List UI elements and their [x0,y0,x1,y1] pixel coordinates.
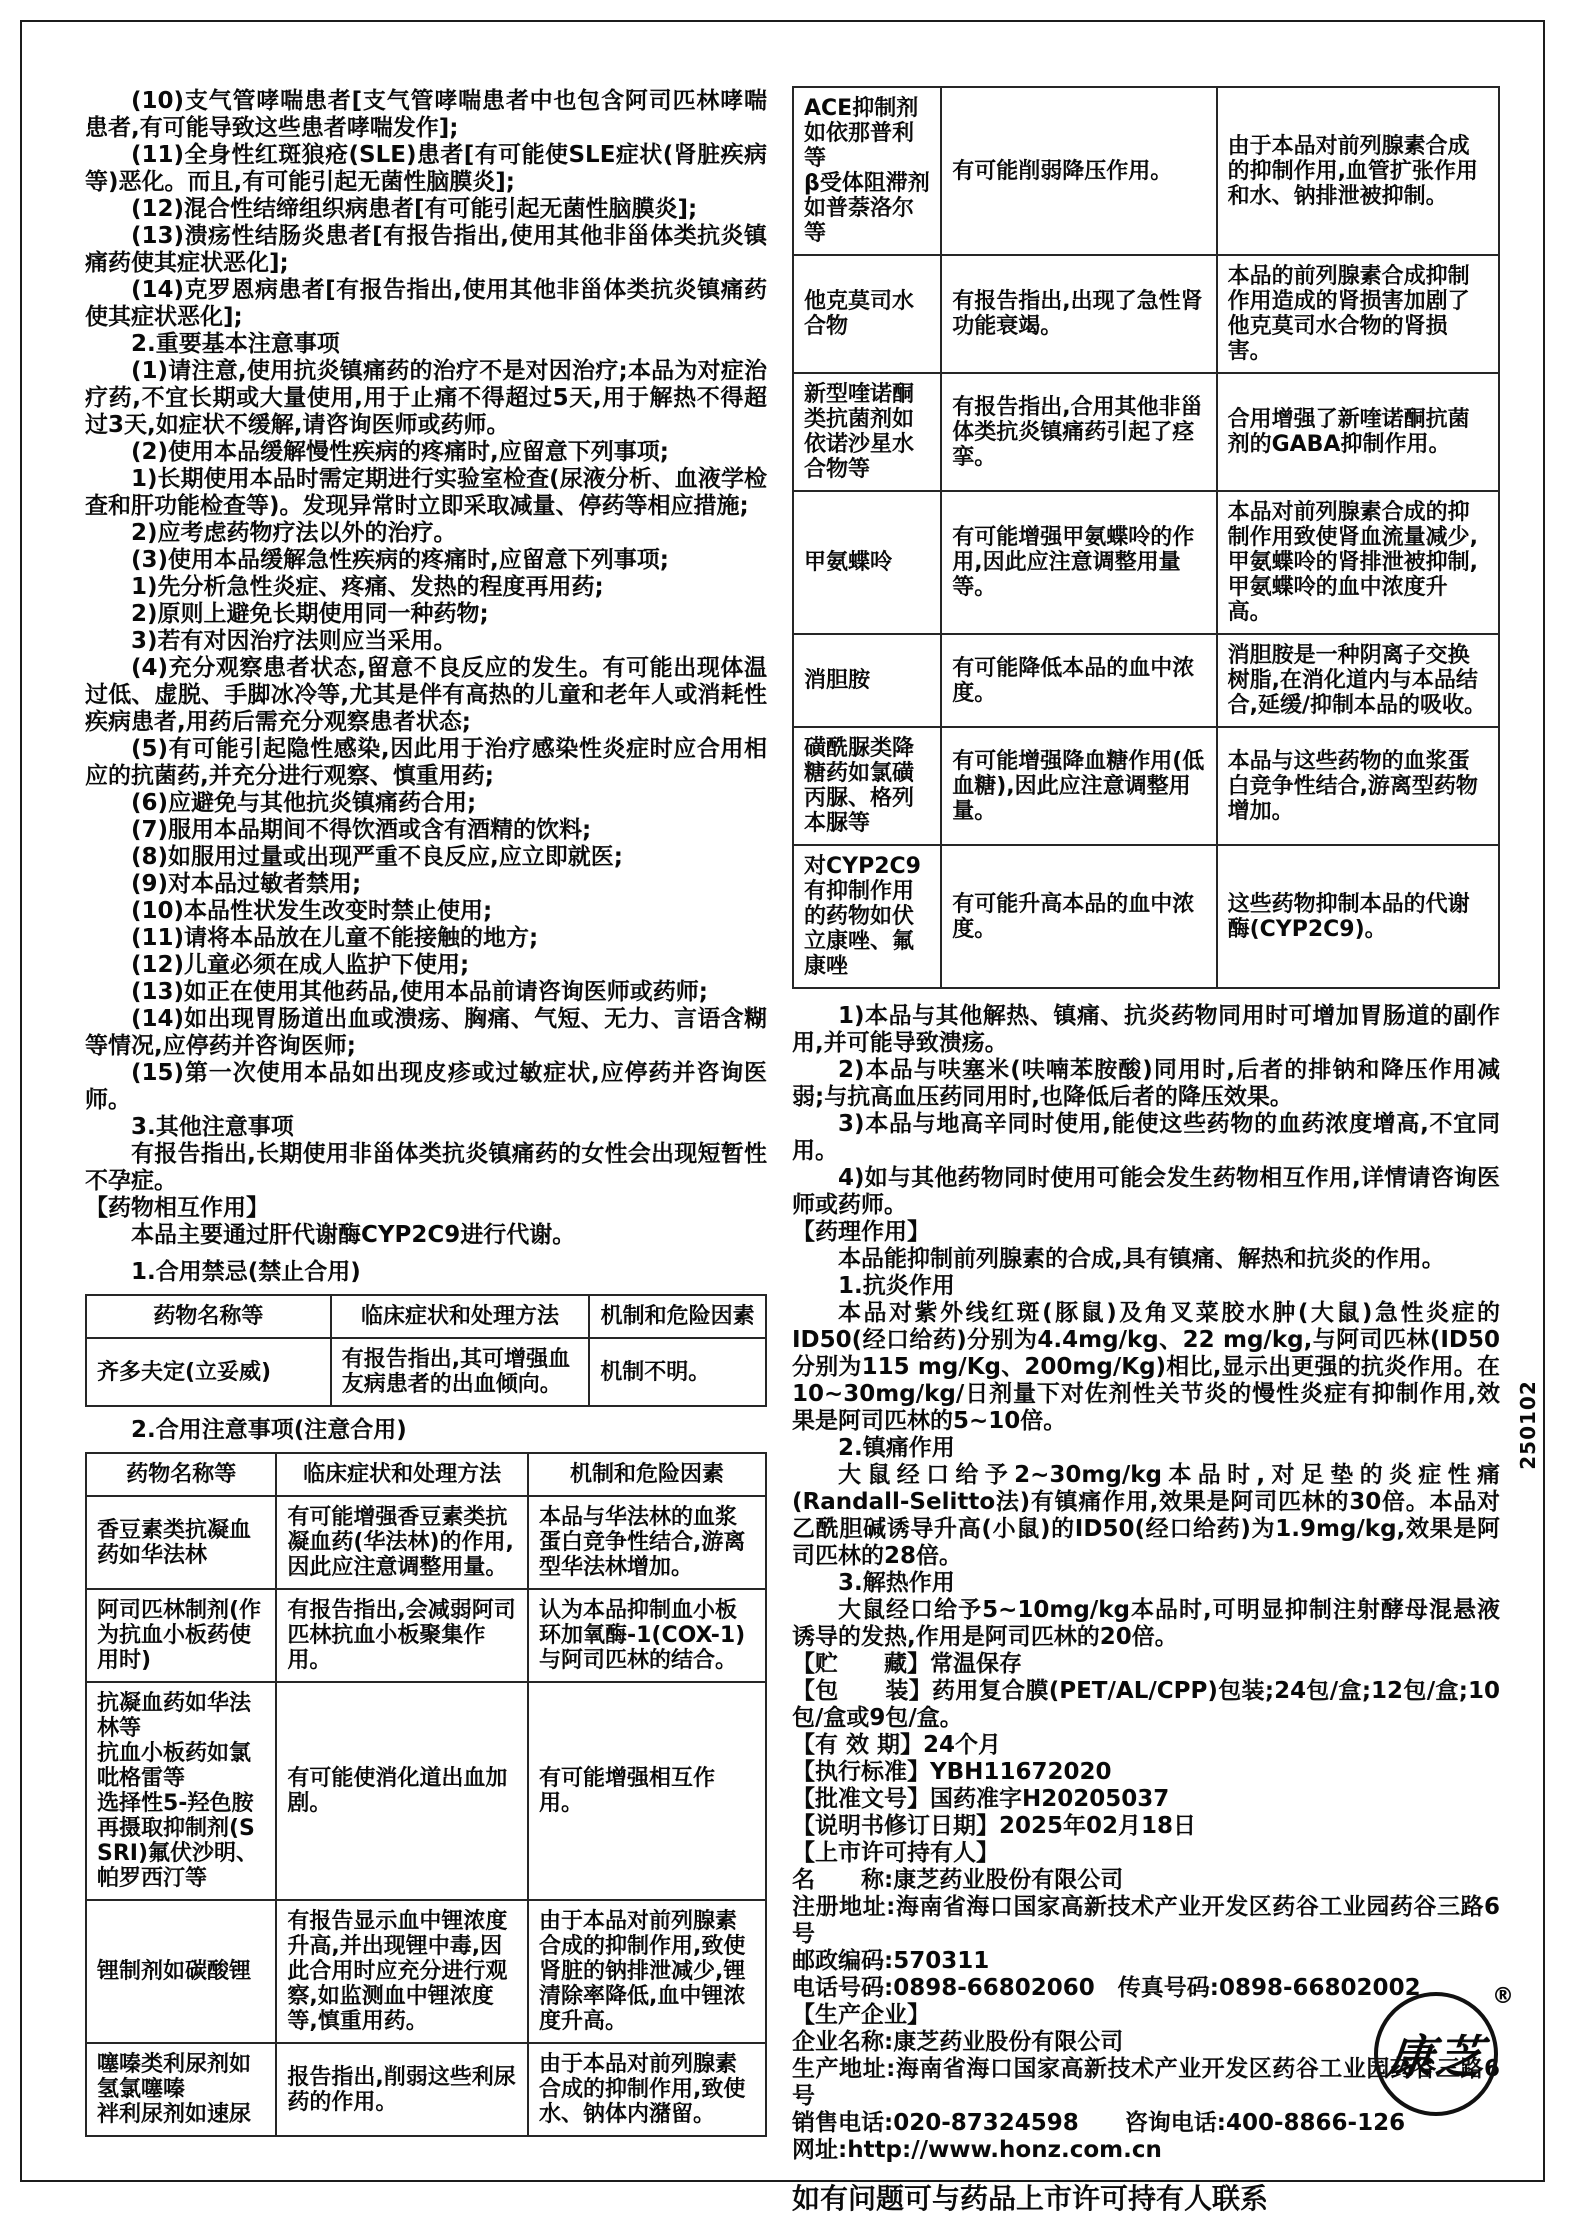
table-cell: 本品的前列腺素合成抑制作用造成的肾损害加剧了他克莫司水合物的肾损害。 [1217,255,1499,373]
paragraph: (5)有可能引起隐性感染,因此用于治疗感染性炎症时应合用相应的抗菌药,并充分进行… [85,736,767,790]
paragraph: (14)克罗恩病患者[有报告指出,使用其他非甾体类抗炎镇痛药使其症状恶化]; [85,277,767,331]
table-cell: 有可能增强香豆素类抗凝血药(华法林)的作用,因此应注意调整用量。 [276,1496,528,1589]
col-header: 机制和危险因素 [528,1453,766,1496]
paragraph: (15)第一次使用本品如出现皮疹或过敏症状,应停药并咨询医师。 [85,1060,767,1114]
table-cell: 有报告指出,其可增强血友病患者的出血倾向。 [331,1338,589,1406]
table-cell: 由于本品对前列腺素合成的抑制作用,致使水、钠体内潴留。 [528,2043,766,2136]
paragraph: 2.镇痛作用 [792,1435,1500,1462]
forbidden-combination-table: 药物名称等 临床症状和处理方法 机制和危险因素 齐多夫定(立妥威) 有报告指出,… [85,1294,767,1407]
table-cell: 抗凝血药如华法林等 抗血小板药如氯吡格雷等 选择性5-羟色胺再摄取抑制剂(SSR… [86,1682,276,1900]
table-cell: 合用增强了新喹诺酮抗菌剂的GABA抑制作用。 [1217,373,1499,491]
table-row: 甲氨蝶呤 有可能增强甲氨蝶呤的作用,因此应注意调整用量等。 本品对前列腺素合成的… [793,491,1499,634]
paragraph: (13)溃疡性结肠炎患者[有报告指出,使用其他非甾体类抗炎镇痛药使其症状恶化]; [85,223,767,277]
table-cell: 有报告指出,出现了急性肾功能衰竭。 [941,255,1216,373]
paragraph: (6)应避免与其他抗炎镇痛药合用; [85,790,767,817]
paragraph: 1)长期使用本品时需定期进行实验室检查(尿液分析、血液学检查和肝功能检查等)。发… [85,466,767,520]
col-header: 机制和危险因素 [589,1295,766,1338]
bracket-header-approval-number: 【批准文号】国药准字H20205037 [792,1786,1500,1813]
paragraph: 1)本品与其他解热、镇痛、抗炎药物同用时可增加胃肠道的副作用,并可能导致溃疡。 [792,1003,1500,1057]
paragraph: (3)使用本品缓解急性疾病的疼痛时,应留意下列事项; [85,547,767,574]
col-header: 临床症状和处理方法 [331,1295,589,1338]
paragraph: (11)全身性红斑狼疮(SLE)患者[有可能使SLE症状(肾脏疾病等)恶化。而且… [85,142,767,196]
table-cell: 机制不明。 [589,1338,766,1406]
paragraph: (12)混合性结缔组织病患者[有可能引起无菌性脑膜炎]; [85,196,767,223]
section-title: 3.其他注意事项 [85,1114,767,1141]
col-header: 药物名称等 [86,1295,331,1338]
left-column: (10)支气管哮喘患者[支气管哮喘患者中也包含阿司匹林哮喘患者,有可能导致这些患… [85,88,767,2141]
table-cell: 锂制剂如碳酸锂 [86,1900,276,2043]
table-row: 磺酰脲类降糖药如氯磺丙脲、格列本脲等 有可能增强降血糖作用(低血糖),因此应注意… [793,727,1499,845]
caution-combination-table: 药物名称等 临床症状和处理方法 机制和危险因素 香豆素类抗凝血药如华法林 有可能… [85,1452,767,2137]
paragraph: (4)充分观察患者状态,留意不良反应的发生。有可能出现体温过低、虚脱、手脚冰冷等… [85,655,767,736]
paragraph: 2)应考虑药物疗法以外的治疗。 [85,520,767,547]
kangzhi-logo-text: 康芝 [1385,2021,1488,2087]
table-row: 新型喹诺酮类抗菌剂如依诺沙星水合物等 有报告指出,合用其他非甾体类抗炎镇痛药引起… [793,373,1499,491]
table-cell: 这些药物抑制本品的代谢酶(CYP2C9)。 [1217,845,1499,988]
table-cell: 由于本品对前列腺素合成的抑制作用,致使肾脏的钠排泄减少,锂清除率降低,血中锂浓度… [528,1900,766,2043]
table-cell: 有可能增强相互作用。 [528,1682,766,1900]
table-header-row: 药物名称等 临床症状和处理方法 机制和危险因素 [86,1453,766,1496]
paragraph: 1)先分析急性炎症、疼痛、发热的程度再用药; [85,574,767,601]
table-cell: 甲氨蝶呤 [793,491,941,634]
table-cell: 消胆胺 [793,634,941,727]
paragraph: 4)如与其他药物同时使用可能会发生药物相互作用,详情请咨询医师或药师。 [792,1165,1500,1219]
table-row: 香豆素类抗凝血药如华法林 有可能增强香豆素类抗凝血药(华法林)的作用,因此应注意… [86,1496,766,1589]
paragraph: 本品主要通过肝代谢酶CYP2C9进行代谢。 [85,1222,767,1249]
registered-trademark-icon: ® [1492,1984,1514,2009]
table-cell: 由于本品对前列腺素合成的抑制作用,血管扩张作用和水、钠排泄被抑制。 [1217,87,1499,255]
table-caption: 1.合用禁忌(禁止合用) [85,1259,767,1286]
paragraph: 有报告指出,长期使用非甾体类抗炎镇痛药的女性会出现短暂性不孕症。 [85,1141,767,1195]
holder-registered-address: 注册地址:海南省海口国家高新技术产业开发区药谷工业园药谷三路6号 [792,1894,1500,1948]
table-cell: 本品与华法林的血浆蛋白竞争性结合,游离型华法林增加。 [528,1496,766,1589]
table-cell: 有报告显示血中锂浓度升高,并出现锂中毒,因此合用时应充分进行观察,如监测血中锂浓… [276,1900,528,2043]
paragraph: (8)如服用过量或出现严重不良反应,应立即就医; [85,844,767,871]
bracket-header-storage: 【贮 藏】常温保存 [792,1651,1500,1678]
table-cell: 本品与这些药物的血浆蛋白竞争性结合,游离型药物增加。 [1217,727,1499,845]
table-cell: 噻嗪类利尿剂如氢氯噻嗪 袢利尿剂如速尿 [86,2043,276,2136]
table-cell: 有可能升高本品的血中浓度。 [941,845,1216,988]
table-cell: 对CYP2C9有抑制作用的药物如伏立康唑、氟康唑 [793,845,941,988]
table-row: 阿司匹林制剂(作为抗血小板药使用时) 有报告指出,会减弱阿司匹林抗血小板聚集作用… [86,1589,766,1682]
table-caption: 2.合用注意事项(注意合用) [85,1417,767,1444]
caution-combination-table-continued: ACE抑制剂如依那普利等 β受体阻滞剂如普萘洛尔等 有可能削弱降压作用。 由于本… [792,86,1500,989]
right-column: ACE抑制剂如依那普利等 β受体阻滞剂如普萘洛尔等 有可能削弱降压作用。 由于本… [792,86,1500,2216]
table-header-row: 药物名称等 临床症状和处理方法 机制和危险因素 [86,1295,766,1338]
paragraph: 2)原则上避免长期使用同一种药物; [85,601,767,628]
section-title: 2.重要基本注意事项 [85,331,767,358]
table-cell: 他克莫司水合物 [793,255,941,373]
table-cell: 报告指出,削弱这些利尿药的作用。 [276,2043,528,2136]
bracket-header-standard: 【执行标准】YBH11672020 [792,1759,1500,1786]
bracket-header-drug-interactions: 【药物相互作用】 [85,1195,767,1222]
table-row: 噻嗪类利尿剂如氢氯噻嗪 袢利尿剂如速尿 报告指出,削弱这些利尿药的作用。 由于本… [86,2043,766,2136]
table-cell: 有报告指出,合用其他非甾体类抗炎镇痛药引起了痉挛。 [941,373,1216,491]
table-row: 齐多夫定(立妥威) 有报告指出,其可增强血友病患者的出血倾向。 机制不明。 [86,1338,766,1406]
paragraph: 本品对紫外线红斑(豚鼠)及角叉菜胶水肿(大鼠)急性炎症的ID50(经口给药)分别… [792,1300,1500,1435]
table-row: ACE抑制剂如依那普利等 β受体阻滞剂如普萘洛尔等 有可能削弱降压作用。 由于本… [793,87,1499,255]
table-row: 对CYP2C9有抑制作用的药物如伏立康唑、氟康唑 有可能升高本品的血中浓度。 这… [793,845,1499,988]
holder-phone-fax: 电话号码:0898-66802060 传真号码:0898-66802002 [792,1975,1500,2002]
table-cell: 有报告指出,会减弱阿司匹林抗血小板聚集作用。 [276,1589,528,1682]
kangzhi-logo: 康芝 [1374,1992,1498,2116]
contact-holder-note: 如有问题可与药品上市许可持有人联系 [792,2182,1500,2216]
side-code: 250102 [1473,1413,1583,1437]
paragraph: (2)使用本品缓解慢性疾病的疼痛时,应留意下列事项; [85,439,767,466]
table-cell: 阿司匹林制剂(作为抗血小板药使用时) [86,1589,276,1682]
paragraph: (1)请注意,使用抗炎镇痛药的治疗不是对因治疗;本品为对症治疗药,不宜长期或大量… [85,358,767,439]
table-cell: 有可能使消化道出血加剧。 [276,1682,528,1900]
paragraph: 1.抗炎作用 [792,1273,1500,1300]
bracket-header-validity: 【有 效 期】24个月 [792,1732,1500,1759]
table-cell: 认为本品抑制血小板环加氧酶-1(COX-1)与阿司匹林的结合。 [528,1589,766,1682]
holder-postcode: 邮政编码:570311 [792,1948,1500,1975]
paragraph: 大鼠经口给予5~10mg/kg本品时,可明显抑制注射酵母混悬液诱导的发热,作用是… [792,1597,1500,1651]
table-cell: 新型喹诺酮类抗菌剂如依诺沙星水合物等 [793,373,941,491]
paragraph: 大鼠经口给予2~30mg/kg本品时,对足垫的炎症性痛(Randall-Seli… [792,1462,1500,1570]
col-header: 药物名称等 [86,1453,276,1496]
paragraph: (10)本品性状发生改变时禁止使用; [85,898,767,925]
paragraph: 3.解热作用 [792,1570,1500,1597]
table-cell: 本品对前列腺素合成的抑制作用致使肾血流量减少,甲氨蝶呤的肾排泄被抑制,甲氨蝶呤的… [1217,491,1499,634]
paragraph: (7)服用本品期间不得饮酒或含有酒精的饮料; [85,817,767,844]
paragraph: 3)若有对因治疗法则应当采用。 [85,628,767,655]
table-cell: ACE抑制剂如依那普利等 β受体阻滞剂如普萘洛尔等 [793,87,941,255]
col-header: 临床症状和处理方法 [276,1453,528,1496]
paragraph: 3)本品与地高辛同时使用,能使这些药物的血药浓度增高,不宜同用。 [792,1111,1500,1165]
bracket-header-pharmacology: 【药理作用】 [792,1219,1500,1246]
paragraph: (12)儿童必须在成人监护下使用; [85,952,767,979]
bracket-header-license-holder: 【上市许可持有人】 [792,1840,1500,1867]
holder-name: 名 称:康芝药业股份有限公司 [792,1867,1500,1894]
table-cell: 齐多夫定(立妥威) [86,1338,331,1406]
table-cell: 有可能削弱降压作用。 [941,87,1216,255]
table-cell: 香豆素类抗凝血药如华法林 [86,1496,276,1589]
paragraph: (14)如出现胃肠道出血或溃疡、胸痛、气短、无力、言语含糊等情况,应停药并咨询医… [85,1006,767,1060]
website-url: 网址:http://www.honz.com.cn [792,2137,1500,2164]
bracket-header-revision-date: 【说明书修订日期】2025年02月18日 [792,1813,1500,1840]
paragraph: (10)支气管哮喘患者[支气管哮喘患者中也包含阿司匹林哮喘患者,有可能导致这些患… [85,88,767,142]
table-cell: 磺酰脲类降糖药如氯磺丙脲、格列本脲等 [793,727,941,845]
table-row: 锂制剂如碳酸锂 有报告显示血中锂浓度升高,并出现锂中毒,因此合用时应充分进行观察… [86,1900,766,2043]
paragraph: 2)本品与呋塞米(呋喃苯胺酸)同用时,后者的排钠和降压作用减弱;与抗高血压药同用… [792,1057,1500,1111]
table-row: 他克莫司水合物 有报告指出,出现了急性肾功能衰竭。 本品的前列腺素合成抑制作用造… [793,255,1499,373]
table-cell: 有可能增强降血糖作用(低血糖),因此应注意调整用量。 [941,727,1216,845]
table-row: 抗凝血药如华法林等 抗血小板药如氯吡格雷等 选择性5-羟色胺再摄取抑制剂(SSR… [86,1682,766,1900]
paragraph: (9)对本品过敏者禁用; [85,871,767,898]
table-cell: 消胆胺是一种阴离子交换树脂,在消化道内与本品结合,延缓/抑制本品的吸收。 [1217,634,1499,727]
table-cell: 有可能增强甲氨蝶呤的作用,因此应注意调整用量等。 [941,491,1216,634]
table-row: 消胆胺 有可能降低本品的血中浓度。 消胆胺是一种阴离子交换树脂,在消化道内与本品… [793,634,1499,727]
table-cell: 有可能降低本品的血中浓度。 [941,634,1216,727]
bracket-header-packaging: 【包 装】药用复合膜(PET/AL/CPP)包装;24包/盒;12包/盒;10包… [792,1678,1500,1732]
paragraph: (13)如正在使用其他药品,使用本品前请咨询医师或药师; [85,979,767,1006]
paragraph: (11)请将本品放在儿童不能接触的地方; [85,925,767,952]
sales-consult-phone: 销售电话:020-87324598 咨询电话:400-8866-126 [792,2110,1500,2137]
paragraph: 本品能抑制前列腺素的合成,具有镇痛、解热和抗炎的作用。 [792,1246,1500,1273]
